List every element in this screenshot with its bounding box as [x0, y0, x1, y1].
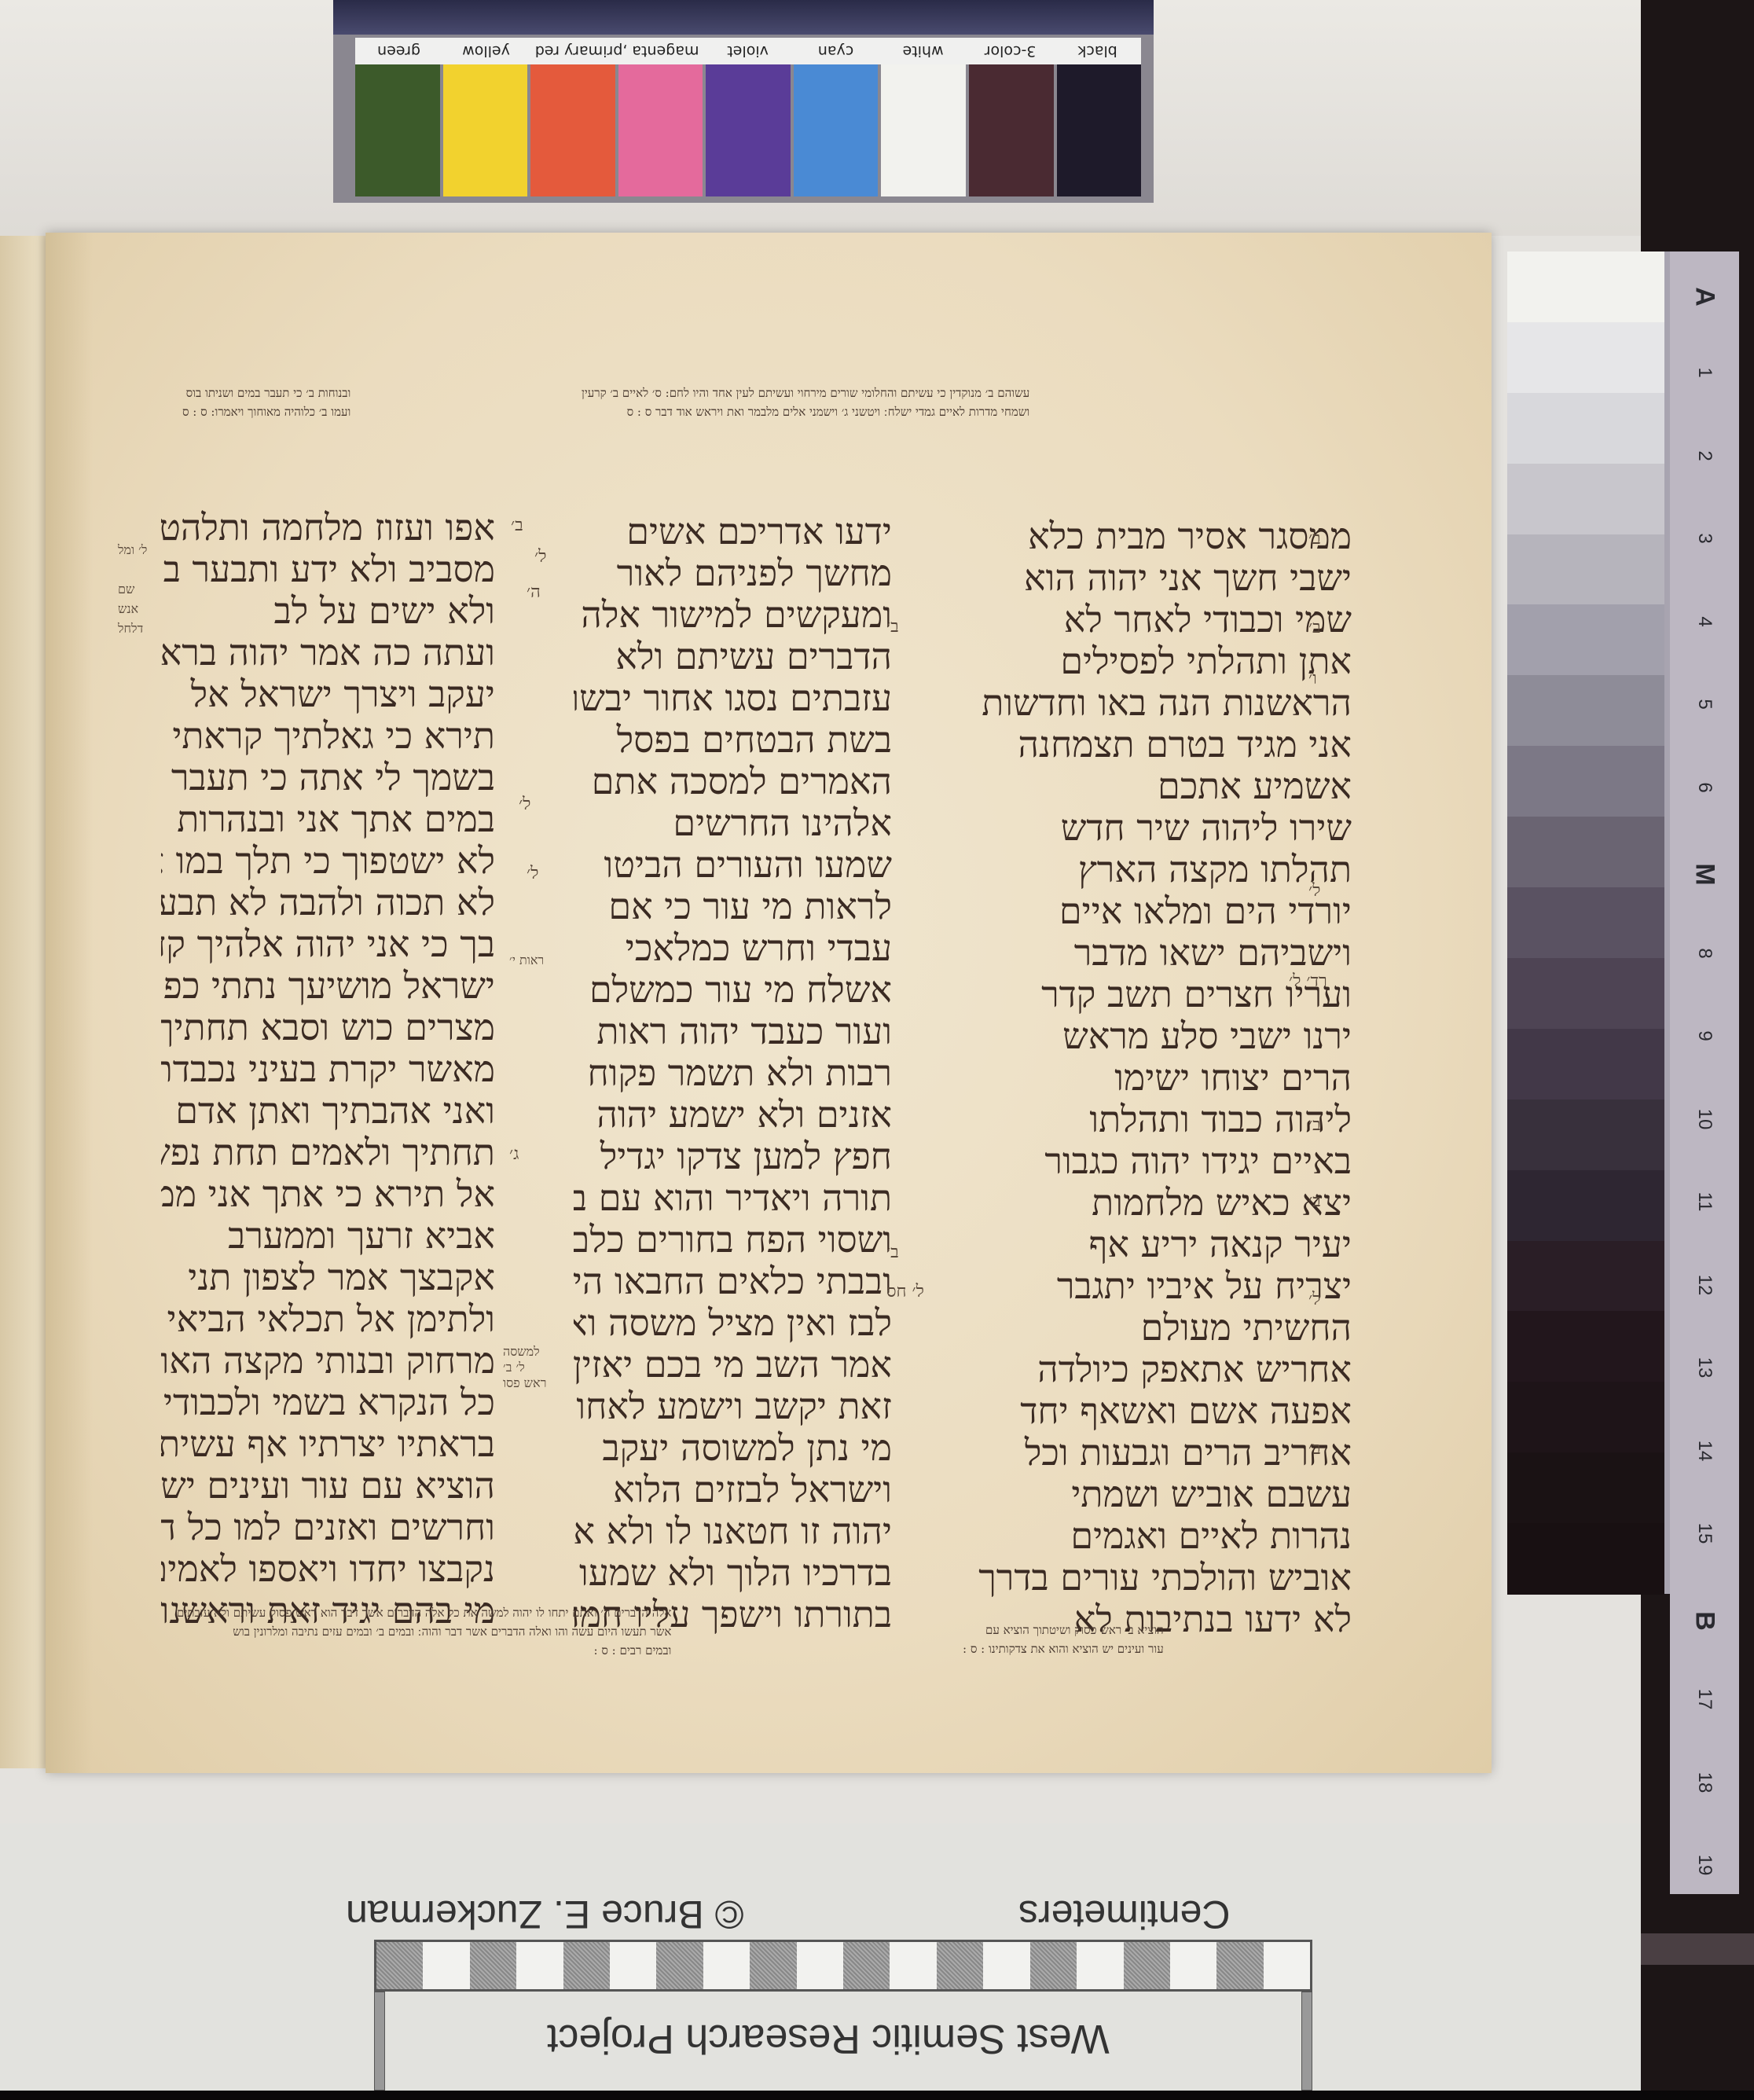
text-line: לראות מי עור כי אם [574, 886, 892, 927]
text-line: חפץ למען צדקו יגדיל [574, 1136, 892, 1177]
ruler-mark: 9 [1693, 1001, 1715, 1070]
scale-segment [1124, 1942, 1170, 1989]
gray-step [1507, 322, 1664, 394]
label-3-color: 3-color [967, 38, 1054, 64]
ruler-mark: 17 [1693, 1665, 1715, 1734]
color-swatches [355, 64, 1141, 196]
text-line: וישראל לבזזים הלוא [574, 1469, 892, 1511]
margin-note: ב׳ [886, 616, 899, 637]
text-line: וחרשים ואזנים למו כל הגוים [161, 1507, 495, 1548]
ruler-mark: 4 [1693, 587, 1715, 656]
scale-segment [1030, 1942, 1077, 1989]
scale-segment [516, 1942, 563, 1989]
ruler-mark: 15 [1693, 1499, 1715, 1568]
text-line: אוביש והולכתי עורים בדרך [943, 1557, 1352, 1599]
margin-note: דלחל [118, 621, 143, 637]
scale-segment [656, 1942, 703, 1989]
ruler-letter-a: A [1690, 262, 1720, 332]
text-line: מחשך לפניהם לאור [574, 553, 892, 594]
margin-note: ו׳ [1308, 668, 1317, 688]
gray-step [1507, 1029, 1664, 1100]
gray-step [1507, 817, 1664, 888]
ruler-mark: 10 [1693, 1085, 1715, 1154]
text-line: אתן ותהלתי לפסילים [943, 641, 1352, 682]
scale-segment [937, 1942, 983, 1989]
swatch-yellow [443, 64, 528, 196]
margin-note: למשסה ל׳ ב׳ ראש פסו [503, 1344, 550, 1391]
text-line: יצא כאיש מלחמות [943, 1182, 1352, 1224]
text-line: מסביב ולא ידע ותבער בו [161, 549, 495, 590]
text-line: אקבצך אמר לצפון תני [161, 1257, 495, 1298]
ruler-mark: 19 [1693, 1830, 1715, 1900]
color-chart-header-strip [333, 0, 1154, 35]
text-line: שמי וכבודי לאחר לא [943, 599, 1352, 641]
margin-note: שם [118, 582, 134, 597]
text-line: וישביהם ישאו מדבר [943, 932, 1352, 974]
swatch-cyan [794, 64, 879, 196]
text-line: יעקב ויצרך ישראל אל [161, 674, 495, 715]
text-line: הוציא עם עור ועינים יש [161, 1465, 495, 1507]
label-magenta-primary-red: magenta ,primary red [530, 38, 704, 64]
text-line: ישראל מושיעך נתתי כפרך [161, 965, 495, 1007]
margin-note: ל׳ ומל [118, 542, 147, 558]
text-line: הראשנות הנה באו וחדשות [943, 682, 1352, 724]
scale-segment [1216, 1942, 1263, 1989]
margin-note: רד׳ ל׳ [1289, 971, 1327, 991]
text-line: לבז ואין מציל משסה ואין [574, 1302, 892, 1344]
scale-segment [376, 1942, 423, 1989]
text-line: אזנים ולא ישמע יהוה [574, 1094, 892, 1136]
ruler-mark: 3 [1693, 504, 1715, 573]
gray-step [1507, 604, 1664, 676]
gray-step [1507, 746, 1664, 817]
text-line: יהוה זו חטאנו לו ולא אבו [574, 1511, 892, 1552]
text-line: ואני אהבתיך ואתן אדם [161, 1090, 495, 1132]
text-line: ועתה כה אמר יהוה בראך [161, 632, 495, 674]
scale-segment [1170, 1942, 1216, 1989]
ruler-mark: 14 [1693, 1416, 1715, 1485]
text-line: ומעקשים למישור אלה [574, 594, 892, 636]
scale-segment [610, 1942, 656, 1989]
ruler-mark: 12 [1693, 1250, 1715, 1320]
label-green: green [355, 38, 442, 64]
ruler-mark: 6 [1693, 753, 1715, 822]
margin-note: ג׳ [509, 1144, 519, 1164]
text-line: אפעה אשם ואשאף יחד [943, 1390, 1352, 1432]
gray-step [1507, 464, 1664, 535]
gray-step [1507, 1170, 1664, 1242]
masora-top-left: ובנוחות ב׳ כי תעבר במים ושניתו בוס ועמו … [182, 384, 350, 421]
text-line: מרחוק ובנותי מקצה הארץ [161, 1340, 495, 1382]
text-line: ממסגר אסיר מבית כלא [943, 516, 1352, 557]
scale-segment [750, 1942, 796, 1989]
text-line: כל הנקרא בשמי ולכבודי [161, 1382, 495, 1423]
ruler-mark: 1 [1693, 338, 1715, 407]
gray-step [1507, 958, 1664, 1030]
text-line: יצריח על איביו יתגבר [943, 1265, 1352, 1307]
text-line: בשמך לי אתה כי תעבר [161, 757, 495, 799]
text-line: ולתימן אל תכלאי הביאי בני [161, 1298, 495, 1340]
text-line: נהרות לאיים ואגמים [943, 1515, 1352, 1557]
text-line: נקבצו יחדו ויאספו לאמים [161, 1548, 495, 1590]
swatch-green [355, 64, 440, 196]
text-line: מי נתן למשוסה יעקב [574, 1427, 892, 1469]
text-line: אפו ועזוז מלחמה ותלהטהו [161, 507, 495, 549]
gray-step [1507, 1382, 1664, 1453]
margin-note: ב׳ [1308, 1438, 1321, 1459]
scale-segment [843, 1942, 890, 1989]
margin-note: ל׳ [519, 794, 530, 814]
centimeter-ruler: A123456M89101112131415B171819 [1670, 251, 1739, 1894]
ruler-mark: B [1690, 1586, 1720, 1655]
swatch-white [881, 64, 966, 196]
masora-bottom-left: אלה הדברים ה׳ ואתם יתחו לו יהוה למשה את … [177, 1603, 671, 1660]
masora-bottom-right: הוציא ב׳ ראש פסוק ושיטתוך הוציא עם עור ו… [963, 1621, 1164, 1658]
margin-note: ב׳ [1308, 1114, 1321, 1135]
text-column-right: ממסגר אסיר מבית כלאישבי חשך אני יהוה הוא… [943, 516, 1352, 1640]
text-line: עשבם אוביש ושמתי [943, 1474, 1352, 1515]
label-violet: violet [704, 38, 791, 64]
centimeters-label: Centimeters [1018, 1892, 1231, 1937]
scale-segment [890, 1942, 936, 1989]
margin-note: ל׳ [1308, 1289, 1320, 1309]
text-line: תהלתו מקצה הארץ [943, 849, 1352, 890]
scale-segment [983, 1942, 1029, 1989]
copyright-label: © Bruce E. Zuckerman [346, 1892, 743, 1937]
margin-note: ל׳ חס [886, 1281, 924, 1301]
gray-step [1507, 1241, 1664, 1312]
swatch-primary-red [530, 64, 615, 196]
text-line: בראתיו יצרתיו אף עשיתיו [161, 1423, 495, 1465]
label-cyan: cyan [792, 38, 879, 64]
text-line: אמר השב מי בכם יאזין [574, 1344, 892, 1386]
text-line: עזבתים נסגו אחור יבשו [574, 677, 892, 719]
gray-step [1507, 393, 1664, 464]
margin-note: ראות י׳ [509, 953, 544, 968]
text-line: הרים יצוחו ישימו [943, 1057, 1352, 1099]
ruler-mark: 2 [1693, 421, 1715, 490]
text-line: אשלח מי עור כמשלם [574, 969, 892, 1011]
text-line: אל תירא כי אתך אני ממזרח [161, 1173, 495, 1215]
color-chart-labels: black 3-color white cyan violet magenta … [355, 38, 1141, 64]
masora-top-right: עשוהם ב׳ מנוקדין כי עשיתם והחלומי שורים … [582, 384, 1029, 421]
gray-step [1507, 1452, 1664, 1524]
scale-segment [1077, 1942, 1123, 1989]
text-line: ולא ישים על לב [161, 590, 495, 632]
text-line: בך כי אני יהוה אלהיך קדוש [161, 923, 495, 965]
gray-step [1507, 1100, 1664, 1171]
scale-segment [1264, 1942, 1310, 1989]
text-line: זאת יקשב וישמע לאחור [574, 1386, 892, 1427]
gray-step [1507, 251, 1664, 323]
scale-segment [563, 1942, 610, 1989]
margin-note: ב׳ [511, 515, 523, 535]
text-line: לא ישטפוך כי תלך במו אש [161, 840, 495, 882]
text-line: ידעו אדריכם אשים [574, 511, 892, 553]
text-line: יורדי הים ומלאו איים [943, 890, 1352, 932]
text-line: שירו ליהוה שיר חדש [943, 807, 1352, 849]
scale-segment [423, 1942, 469, 1989]
swatch-black [1057, 64, 1142, 196]
text-line: באיים יגידו יהוה כגבור [943, 1140, 1352, 1182]
text-line: ועור כעבד יהוה ראות [574, 1011, 892, 1052]
label-white: white [879, 38, 967, 64]
text-line: אביא זרעך וממערב [161, 1215, 495, 1257]
gray-step [1507, 675, 1664, 747]
text-line: אחריב הרים וגבעות וכל [943, 1432, 1352, 1474]
ruler-mark: 5 [1693, 670, 1715, 739]
gray-step [1507, 887, 1664, 959]
text-line: עבדי וחרש כמלאכי [574, 927, 892, 969]
text-column-left: אפו ועזוז מלחמה ותלהטהומסביב ולא ידע ותב… [161, 507, 495, 1632]
text-line: מאשר יקרת בעיני נכבדת [161, 1048, 495, 1090]
text-line: לא תכוה ולהבה לא תבער [161, 882, 495, 923]
text-line: ישבי חשך אני יהוה הוא [943, 557, 1352, 599]
gray-step [1507, 1311, 1664, 1382]
scale-segment [703, 1942, 750, 1989]
color-reference-chart: black 3-color white cyan violet magenta … [333, 0, 1154, 203]
text-line: ובבתי כלאים החבאו היו [574, 1261, 892, 1302]
text-line: ליהוה כבוד ותהלתו [943, 1099, 1352, 1140]
text-line: אלהינו החרשים [574, 802, 892, 844]
scale-tick-right [1301, 1992, 1312, 2091]
ruler-mark: 13 [1693, 1333, 1715, 1402]
margin-note: ל׳ [527, 863, 538, 883]
text-line: בשת הבטחים בפסל [574, 719, 892, 761]
swatch-violet [706, 64, 791, 196]
scale-segment [797, 1942, 843, 1989]
text-line: הדברים עשיתם ולא [574, 636, 892, 677]
ruler-mark: 18 [1693, 1748, 1715, 1817]
text-line: יעיר קנאה יריע אף [943, 1224, 1352, 1265]
text-line: ושסוי הפח בחורים כלם [574, 1219, 892, 1261]
margin-note: ב׳ [886, 1242, 899, 1262]
text-line: אשמיע אתכם [943, 765, 1352, 807]
margin-note: ב׳ [1308, 528, 1321, 549]
scale-segment [470, 1942, 516, 1989]
text-line: אחריש אתאפק כיולדה [943, 1349, 1352, 1390]
centimeter-scale-bar [374, 1940, 1312, 1992]
text-line: האמרים למסכה אתם [574, 761, 892, 802]
text-column-middle: ידעו אדריכם אשיםמחשך לפניהם לאורומעקשים … [574, 511, 892, 1636]
margin-note: ב׳ [1308, 1191, 1321, 1211]
text-line: ירנו ישבי סלע מראש [943, 1015, 1352, 1057]
text-line: שמעו והעורים הביטו [574, 844, 892, 886]
margin-note: אנש [118, 601, 138, 617]
label-yellow: yellow [442, 38, 530, 64]
bottom-border [0, 2091, 1754, 2100]
project-label: West Semitic Research Project [547, 2015, 1110, 2062]
ruler-mark: M [1690, 840, 1720, 909]
label-black: black [1054, 38, 1141, 64]
text-line: תחתיך ולאמים תחת נפשך [161, 1132, 495, 1173]
text-line: במים אתך אני ובנהרות [161, 799, 495, 840]
margin-note: ל׳ [534, 546, 546, 567]
text-line: תירא כי גאלתיך קראתי [161, 715, 495, 757]
ruler-mark: 11 [1693, 1167, 1715, 1236]
margin-note: ל׳ [1308, 880, 1320, 901]
text-line: אני מגיד בטרם תצמחנה [943, 724, 1352, 765]
text-line: החשיתי מעולם [943, 1307, 1352, 1349]
gray-step [1507, 1523, 1664, 1595]
gray-step [1507, 534, 1664, 606]
margin-note: ה׳ [527, 582, 541, 602]
margin-note: ב׳ [1308, 617, 1321, 637]
ruler-mark: 8 [1693, 919, 1715, 988]
scale-tick-left [374, 1992, 385, 2091]
text-line: תורה ויאדיר והוא עם בזוז [574, 1177, 892, 1219]
swatch-magenta [618, 64, 703, 196]
gray-scale-card [1507, 251, 1672, 1594]
text-line: מצרים כוש וסבא תחתיך [161, 1007, 495, 1048]
text-line: בדרכיו הלוך ולא שמעו [574, 1552, 892, 1594]
swatch-3-color [969, 64, 1054, 196]
text-line: רבות ולא תשמר פקוח [574, 1052, 892, 1094]
page-gutter-shadow [46, 233, 93, 1773]
